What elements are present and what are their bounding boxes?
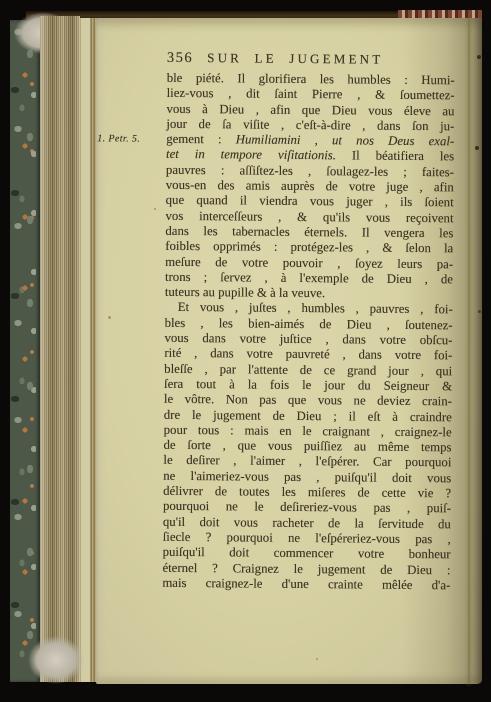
margin-note: 1. Petr. 5. xyxy=(97,131,161,147)
sewing-dot xyxy=(475,146,479,150)
paper-speck xyxy=(108,316,111,319)
body-text: pour tous : mais en le craignant , craig… xyxy=(164,423,452,440)
paper-speck xyxy=(154,208,156,210)
page-header: 356 SUR LE JUGEMENT xyxy=(167,50,455,73)
sewing-dot xyxy=(477,55,481,59)
body-text: éternel ? Craignez le jugement de Dieu : xyxy=(162,560,450,577)
body-text: vous à Dieu , afin que Dieu vous éleve a… xyxy=(166,101,454,118)
body-text: pauvres : aſſiſtez-les , ſoulagez-les ; … xyxy=(166,163,454,180)
body-text: ſera tout à la fois le jour du Seigneur … xyxy=(164,377,452,394)
body-text: mais craignez-le d'une crainte mêlée d'a… xyxy=(162,576,450,593)
running-title: SUR LE JUGEMENT xyxy=(207,50,383,68)
body-text: vos interceſſeurs , & qu'ils vous reçoiv… xyxy=(165,208,453,225)
body-text: gement : xyxy=(166,132,236,147)
page-stack-fore-edge xyxy=(40,16,80,682)
body-text: vous dans votre juſtice , dans votre obſ… xyxy=(164,331,452,348)
body-text: que quand il viendra vous juger , ils ſo… xyxy=(166,193,454,210)
body-text: meſure de votre pouvoir , ſoyez leurs pa… xyxy=(165,254,453,271)
body-text: puiſqu'il doit commencer votre bonheur xyxy=(163,545,451,562)
book-page: 356 SUR LE JUGEMENT ble piété. Il glorif… xyxy=(96,18,482,684)
body-text: jour de ſa viſite , c'eſt-à-dire , dans … xyxy=(166,117,454,134)
page-content: 356 SUR LE JUGEMENT ble piété. Il glorif… xyxy=(162,50,455,594)
body-text: trons ; ſervez , à l'exemple de Dieu , d… xyxy=(165,270,453,287)
body-text: Il béatifiera les xyxy=(336,149,454,164)
book-photo: 356 SUR LE JUGEMENT ble piété. Il glorif… xyxy=(0,0,491,702)
body-text: tuteurs au pupille & à la veuve. xyxy=(165,285,325,300)
body-text: vous-en des amis auprès de votre juge , … xyxy=(166,178,454,195)
body-text: dans les tabernacles éternels. Il venger… xyxy=(165,224,453,241)
text-block: ble piété. Il glorifiera les humbles : H… xyxy=(162,71,455,594)
body-text: foibles opprimés : protégez-les , & ſelo… xyxy=(165,239,453,256)
body-text: dre le jugement de Dieu ; il eſt à crain… xyxy=(164,407,452,424)
paper-speck xyxy=(316,658,318,660)
body-text: liez-vous , dit ſaint Pierre , & ſoumett… xyxy=(167,86,455,103)
body-text: ble piété. Il glorifiera les humbles : H… xyxy=(167,71,455,88)
gutter-crease xyxy=(468,18,470,684)
page-number: 356 xyxy=(167,50,193,67)
page-stack-light-band xyxy=(80,18,91,682)
body-text: rité , dans votre pauvreté , dans votre … xyxy=(164,346,452,363)
body-text: pourquoi ne le deſireriez-vous pas , pui… xyxy=(163,499,451,516)
sewing-dot xyxy=(478,310,481,313)
text-line: mais craignez-le d'une crainte mêlée d'a… xyxy=(162,576,450,594)
body-text: bles , les bien-aimés de Dieu , ſoutenez… xyxy=(165,316,453,333)
body-text: ſiecle ? pourquoi ne l'eſpéreriez-vous p… xyxy=(163,530,451,547)
worn-corner-bottom xyxy=(28,636,84,684)
body-text: le vôtre. Non pas que vous ne deviez cra… xyxy=(164,392,452,409)
latin-quote-text: Humiliamini , ut nos Deus exal- xyxy=(236,133,455,149)
marbled-cover-edge xyxy=(10,20,40,682)
body-text: bleſſe , par l'attente de ce grand jour … xyxy=(164,361,452,378)
body-text: ne l'aimeriez-vous pas , puiſqu'il doit … xyxy=(163,469,451,486)
body-text: qu'il doit vous racheter de la ſervitude… xyxy=(163,514,451,531)
body-text: délivrer de toutes les miſeres de cette … xyxy=(163,484,451,501)
body-text: Et vous , juſtes , humbles , pauvres , f… xyxy=(178,300,453,316)
body-text: le deſirer , l'aimer , l'eſpérer. Car po… xyxy=(163,453,451,470)
latin-quote-text: tet in tempore viſitationis. xyxy=(166,147,336,162)
body-text: de ſorte , que vous puiſſiez au même tem… xyxy=(163,438,451,455)
